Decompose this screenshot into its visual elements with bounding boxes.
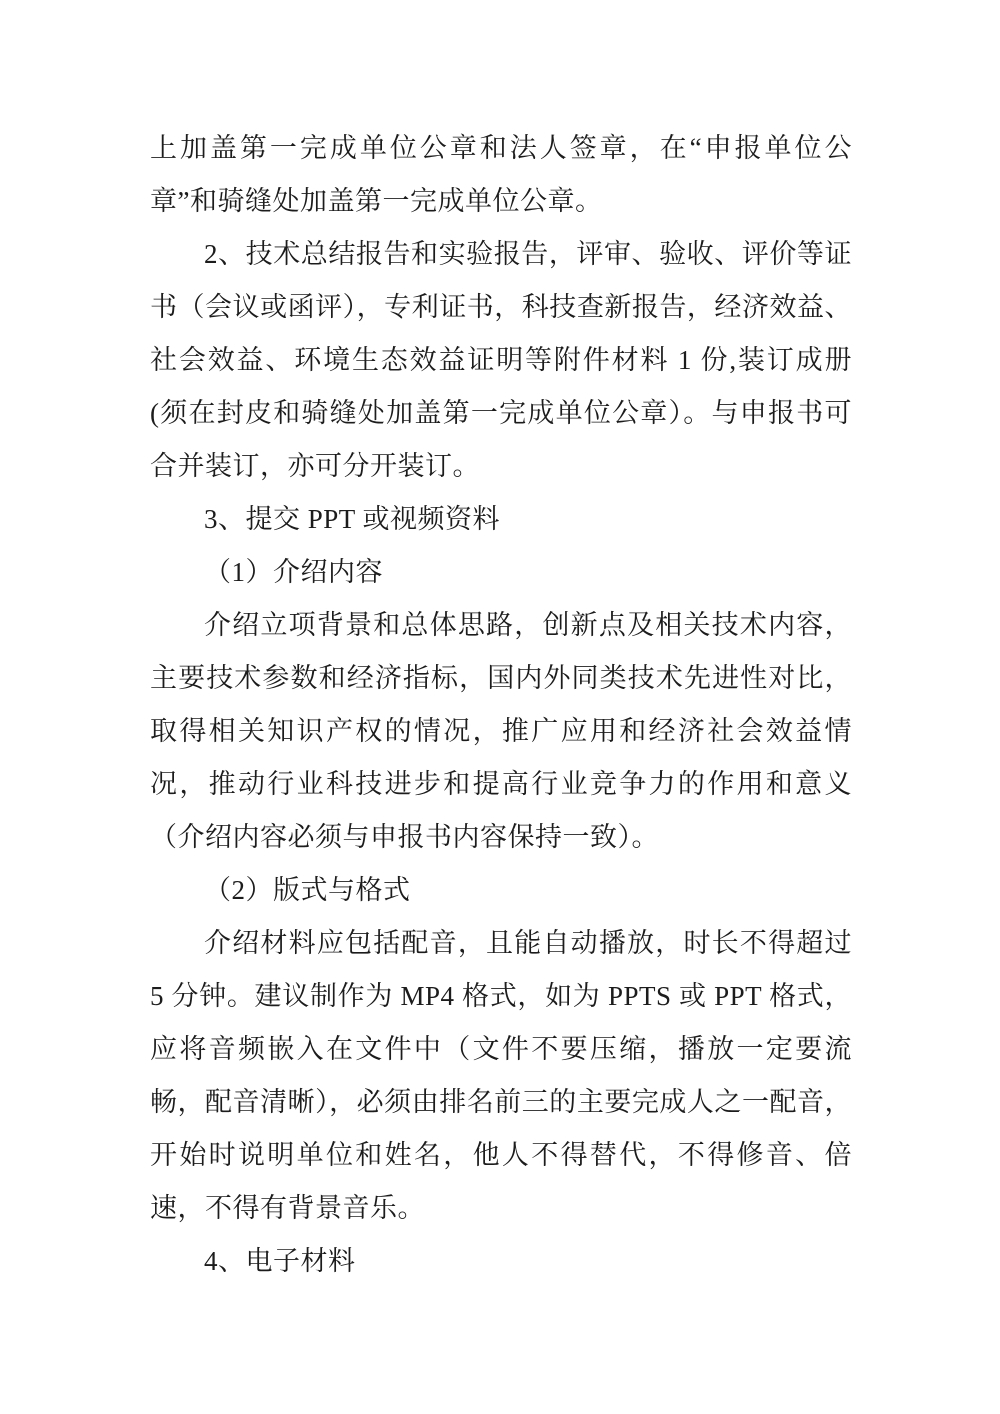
paragraph-sub-1-intro-content-heading: （1）介绍内容 — [150, 546, 852, 599]
document-page: 上加盖第一完成单位公章和法人签章，在“申报单位公章”和骑缝处加盖第一完成单位公章… — [0, 0, 1000, 1414]
paragraph-intro-content-details: 介绍立项背景和总体思路，创新点及相关技术内容，主要技术参数和经济指标，国内外同类… — [150, 599, 852, 864]
paragraph-item-4-electronic-materials: 4、电子材料 — [150, 1235, 852, 1288]
paragraph-continuation-seal-instructions: 上加盖第一完成单位公章和法人签章，在“申报单位公章”和骑缝处加盖第一完成单位公章… — [150, 122, 852, 228]
document-body-text: 上加盖第一完成单位公章和法人签章，在“申报单位公章”和骑缝处加盖第一完成单位公章… — [150, 122, 852, 1288]
paragraph-sub-2-layout-format-heading: （2）版式与格式 — [150, 864, 852, 917]
paragraph-item-3-submit-ppt-video: 3、提交 PPT 或视频资料 — [150, 493, 852, 546]
paragraph-format-requirements-details: 介绍材料应包括配音，且能自动播放，时长不得超过 5 分钟。建议制作为 MP4 格… — [150, 917, 852, 1235]
paragraph-item-2-attachment-materials: 2、技术总结报告和实验报告，评审、验收、评价等证书（会议或函评），专利证书，科技… — [150, 228, 852, 493]
